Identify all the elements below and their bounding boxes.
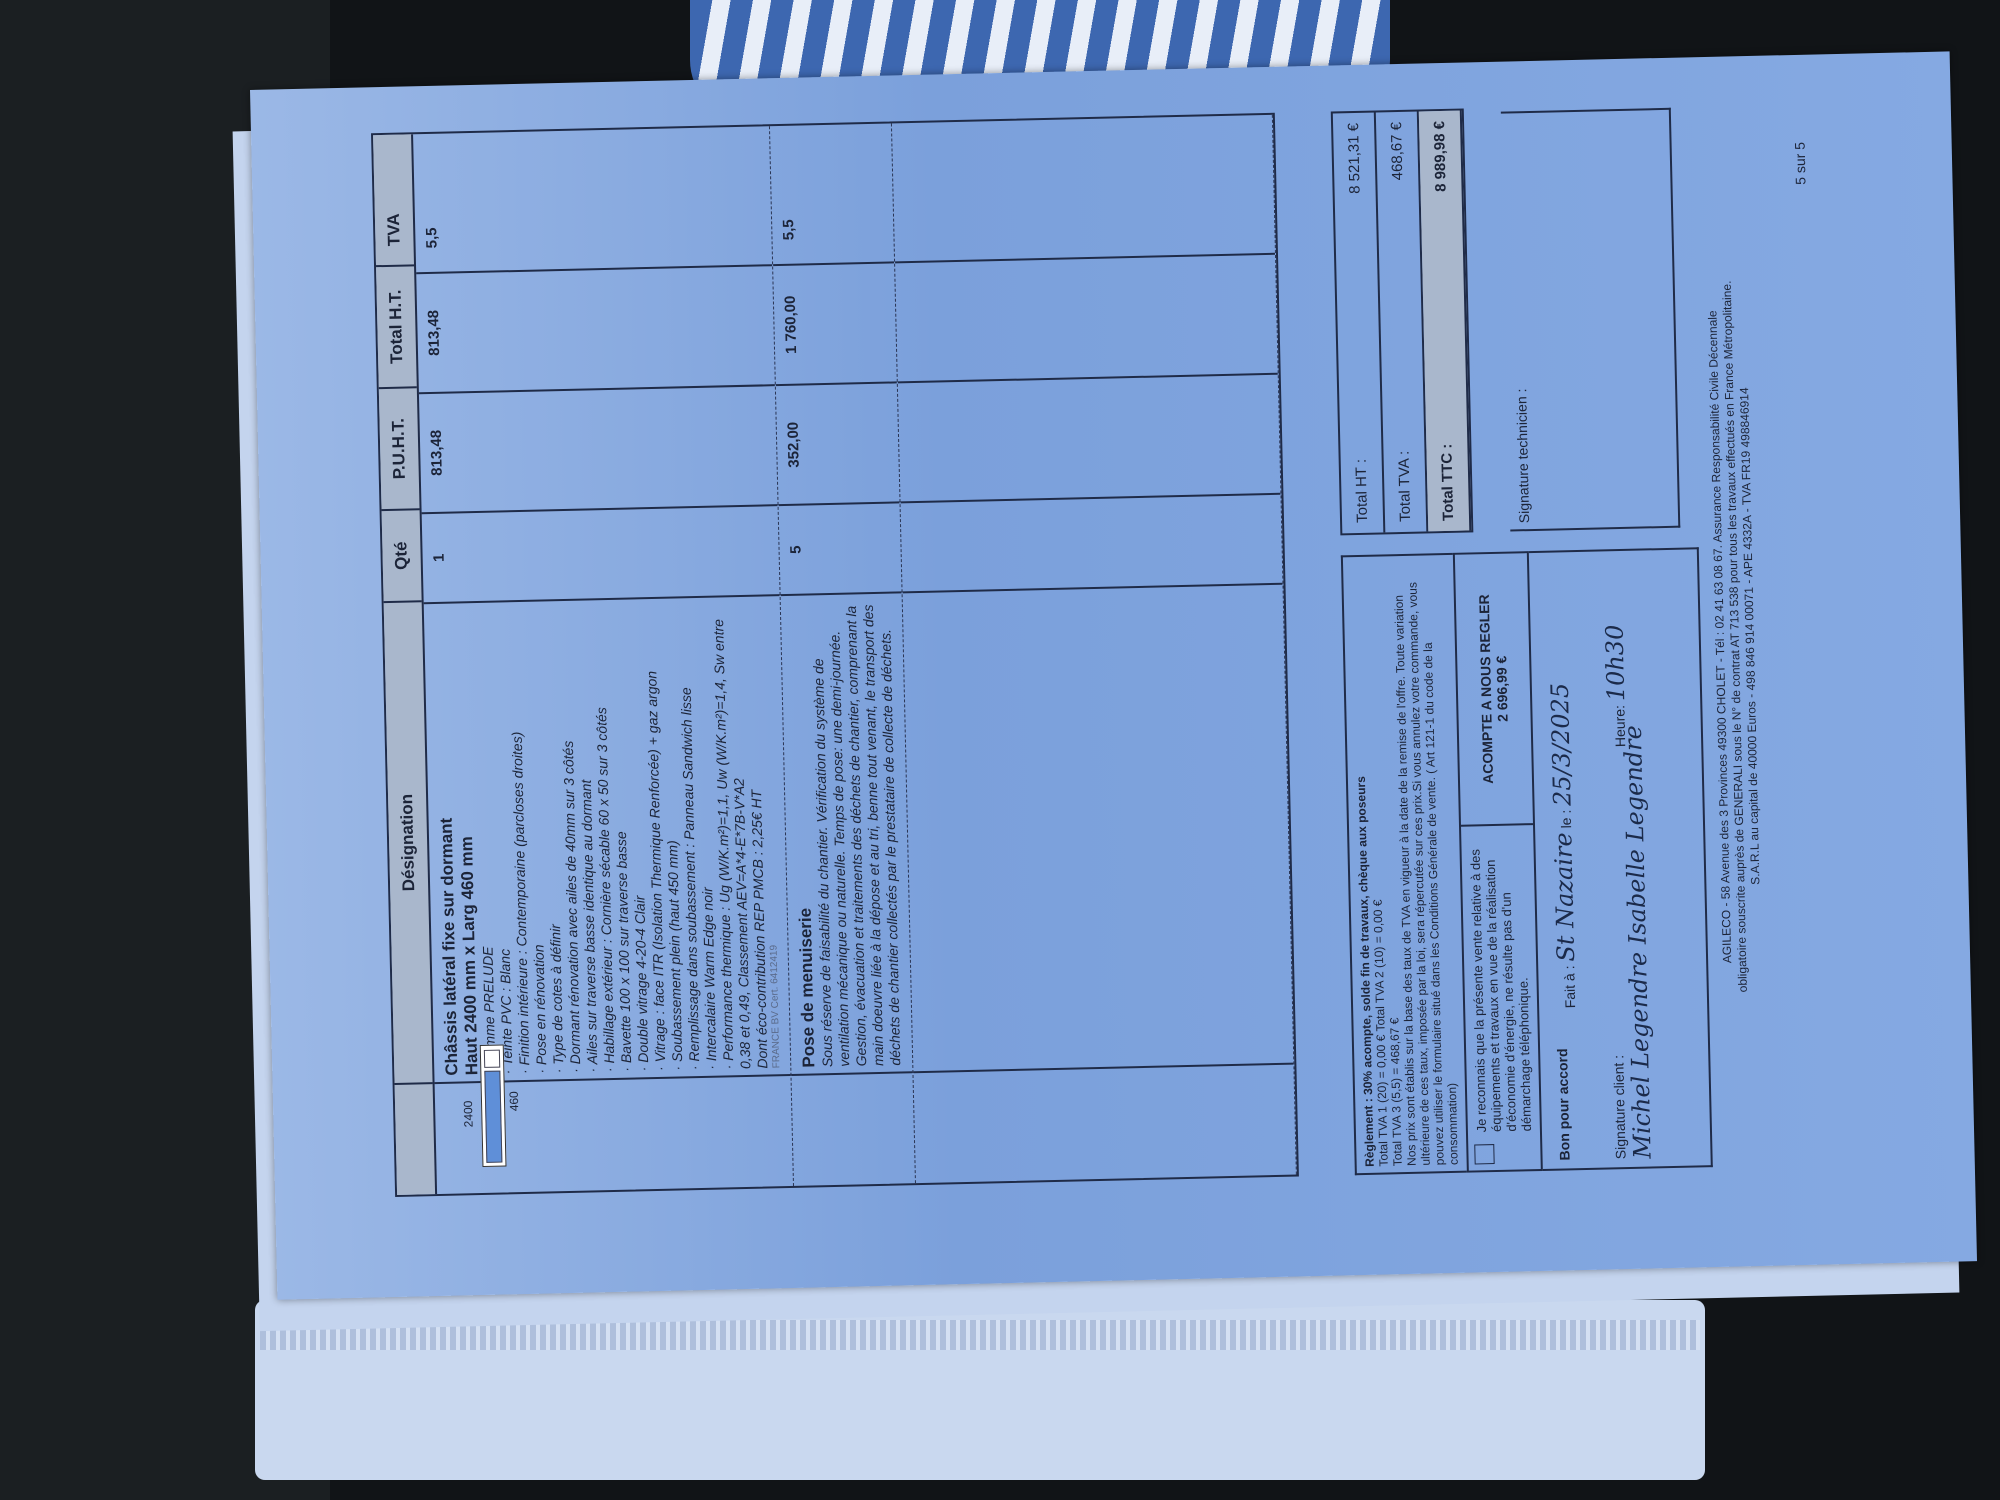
- acknowledgement-box: Je reconnais que la présente vente relat…: [1453, 551, 1543, 1173]
- drawing-height-label: 460: [507, 1091, 521, 1111]
- page-number: 5 sur 5: [1792, 142, 1809, 185]
- totals-box: Total HT :8 521,31 € Total TVA :468,67 €…: [1331, 108, 1474, 535]
- table-row: Pose de menuiserie Sous réserve de faisa…: [770, 123, 916, 1185]
- total-ttc-value: 8 989,98 €: [1431, 121, 1450, 192]
- header-qty: Qté: [382, 510, 422, 603]
- place-label: Fait à :: [1561, 965, 1578, 1008]
- place-value: St Nazaire: [1549, 832, 1580, 962]
- total-cell: 1 760,00: [773, 263, 897, 386]
- unit-price-cell: 352,00: [776, 383, 900, 506]
- acknowledgement-checkbox[interactable]: [1474, 1144, 1494, 1164]
- total-cell: 813,48: [416, 266, 775, 394]
- total-tva-label: Total TVA :: [1395, 451, 1414, 523]
- drawing-width-label: 2400: [461, 1100, 476, 1127]
- document-content: Désignation Qté P.U.H.T. Total H.T. TVA …: [250, 51, 1977, 1299]
- approval-label: Bon pour accord: [1554, 1048, 1573, 1160]
- unit-price-cell: 813,48: [419, 386, 778, 514]
- acknowledgement-text: Je reconnais que la présente vente relat…: [1461, 823, 1540, 1139]
- designation-cell: Châssis latéral fixe sur dormant Haut 24…: [424, 596, 791, 1084]
- header-tva: TVA: [374, 194, 414, 267]
- date-label: le :: [1558, 810, 1574, 829]
- time-label: Heure:: [1611, 705, 1628, 747]
- cert-text: BV Cert. 6412419: [769, 945, 782, 1025]
- total-tva-value: 468,67 €: [1388, 122, 1406, 181]
- date-value: 25/3/2025: [1546, 683, 1577, 807]
- tva-cell: 5,5: [415, 196, 772, 274]
- header-blank: [395, 1084, 435, 1195]
- quote-table: Désignation Qté P.U.H.T. Total H.T. TVA …: [371, 113, 1299, 1197]
- qty-cell: 5: [779, 503, 902, 596]
- tva-cell: 5,5: [772, 193, 895, 266]
- detail-line: Sous réserve de faisabilité du chantier.…: [809, 600, 905, 1068]
- quote-page: Désignation Qté P.U.H.T. Total H.T. TVA …: [250, 51, 1977, 1299]
- cert-badge-icon: FRANCE: [770, 1027, 782, 1068]
- window-drawing: 2400 460: [435, 1076, 793, 1194]
- total-ht-label: Total HT :: [1353, 459, 1371, 523]
- client-signature-box: Bon pour accord Fait à : St Nazaire le :…: [1529, 547, 1713, 1171]
- company-footer: AGILECO - 58 Avenue des 3 Provinces 4930…: [1701, 106, 1770, 1167]
- technician-signature-box: Signature technicien :: [1501, 108, 1680, 532]
- table-row: 2400 460 Châssis latéral fixe sur dorman…: [413, 126, 794, 1194]
- total-ht-value: 8 521,31 €: [1345, 123, 1364, 194]
- designation-cell: Pose de menuiserie Sous réserve de faisa…: [781, 593, 913, 1076]
- technician-signature-label: Signature technicien :: [1513, 388, 1532, 523]
- summary-section: Règlement : 30% acompte, solde fin de tr…: [1331, 107, 1713, 1175]
- time-value: 10h30: [1600, 624, 1630, 701]
- qty-cell: 1: [422, 506, 780, 604]
- header-unit-price: P.U.H.T.: [379, 388, 420, 511]
- total-ttc-label: Total TTC :: [1438, 444, 1457, 522]
- deposit-box: ACOMPTE A NOUS REGLER 2 696,99 €: [1455, 553, 1533, 825]
- window-diagram: [480, 1044, 507, 1167]
- payment-terms: Règlement : 30% acompte, solde fin de tr…: [1341, 553, 1467, 1175]
- empty-row: [892, 115, 1297, 1183]
- header-total: Total H.T.: [376, 266, 417, 389]
